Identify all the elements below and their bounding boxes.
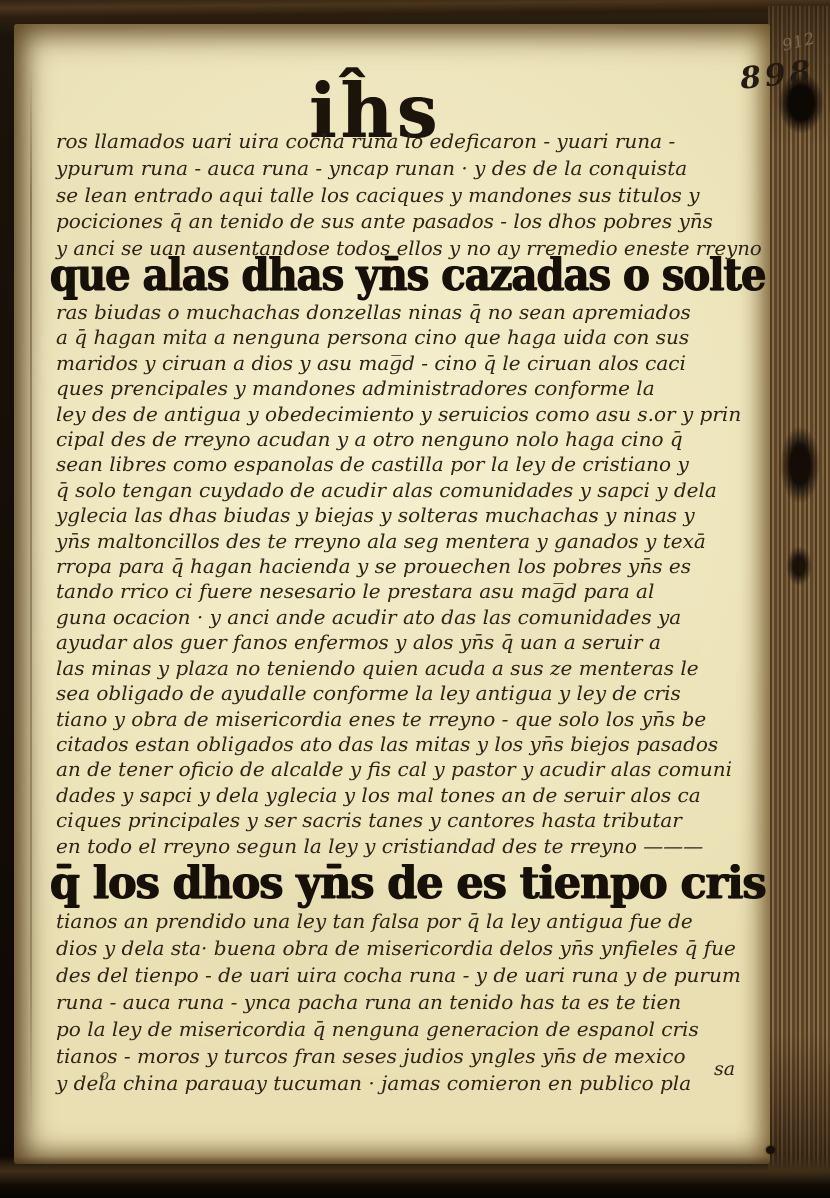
book-bottom-edge <box>0 1156 830 1198</box>
ink-stain <box>780 426 820 504</box>
section-heading-1: que alas dhas yn̄s cazadas o solte <box>50 248 766 301</box>
manuscript-text-line: sean libres como espanolas de castilla p… <box>56 452 762 477</box>
manuscript-text-line: q̄ solo tengan cuydado de acudir alas co… <box>56 478 762 503</box>
manuscript-text-line: sea obligado de ayudalle conforme la ley… <box>56 681 762 706</box>
manuscript-text-line: a q̄ hagan mita a nenguna persona cino q… <box>56 325 762 350</box>
scribble-mark: o <box>100 1066 111 1084</box>
section-heading-2-text: q̄ los dhos yn̄s de es tienpo cris <box>50 856 766 909</box>
manuscript-text-line: tiano y obra de misericordia enes te rre… <box>56 707 762 732</box>
catchword: sa <box>714 1058 735 1080</box>
manuscript-text-line: las minas y plaza no teniendo quien acud… <box>56 656 762 681</box>
manuscript-text-line: yglecia las dhas biudas y biejas y solte… <box>56 503 762 528</box>
manuscript-text-line: ypurum runa - auca runa - yncap runan · … <box>56 155 762 182</box>
manuscript-text-line: ley des de antigua y obedecimiento y ser… <box>56 402 762 427</box>
section-heading-1-text: que alas dhas yn̄s cazadas o solte <box>50 248 766 301</box>
manuscript-text-line: maridos y ciruan a dios y asu mag̅d - ci… <box>56 351 762 376</box>
manuscript-text-line: tando rrico ci fuere nesesario le presta… <box>56 579 762 604</box>
manuscript-text-line: po la ley de misericordia q̄ nenguna gen… <box>56 1016 762 1043</box>
manuscript-text-line: guna ocacion · y anci ande acudir ato da… <box>56 605 762 630</box>
manuscript-page: 912 898 iĥs ros llamados uari uira cocha… <box>14 24 770 1164</box>
manuscript-text-line: rropa para q̄ hagan hacienda y se prouec… <box>56 554 762 579</box>
manuscript-text-line: dios y dela sta· buena obra de misericor… <box>56 935 762 962</box>
manuscript-text-line: ciques principales y ser sacris tanes y … <box>56 808 762 833</box>
manuscript-text-line: pociciones q̄ an tenido de sus ante pasa… <box>56 208 762 235</box>
manuscript-text-line: runa - auca runa - ynca pacha runa an te… <box>56 989 762 1016</box>
manuscript-text-line: ques prencipales y mandones administrado… <box>56 376 762 401</box>
manuscript-text-line: y dela china parauay tucuman · jamas com… <box>56 1070 762 1097</box>
manuscript-text-line: yn̄s maltoncillos des te rreyno ala seg … <box>56 529 762 554</box>
book-fore-edge <box>768 6 830 1174</box>
manuscript-text-line: tianos - moros y turcos fran seses judio… <box>56 1043 762 1070</box>
manuscript-text-line: se lean entrado aqui talle los caciques … <box>56 182 762 209</box>
section-1-text: ras biudas o muchachas donzellas ninas q… <box>56 300 762 859</box>
opening-paragraph: ros llamados uari uira cocha runa lo ede… <box>56 128 762 262</box>
book-top-edge <box>0 0 830 26</box>
section-2-text: tianos an prendido una ley tan falsa por… <box>56 908 762 1097</box>
ink-stain <box>786 546 812 586</box>
manuscript-text-line: tianos an prendido una ley tan falsa por… <box>56 908 762 935</box>
manuscript-text-line: cipal des de rreyno acudan y a otro neng… <box>56 427 762 452</box>
section-heading-2: q̄ los dhos yn̄s de es tienpo cris <box>50 856 766 909</box>
manuscript-photo: 912 898 iĥs ros llamados uari uira cocha… <box>0 0 830 1198</box>
manuscript-text-line: des del tienpo - de uari uira cocha runa… <box>56 962 762 989</box>
wormhole-mark <box>766 1146 775 1154</box>
manuscript-text-line: dades y sapci y dela yglecia y los mal t… <box>56 783 762 808</box>
manuscript-text-line: ayudar alos guer fanos enfermos y alos y… <box>56 630 762 655</box>
manuscript-text-line: citados estan obligados ato das las mita… <box>56 732 762 757</box>
manuscript-text-line: ros llamados uari uira cocha runa lo ede… <box>56 128 762 155</box>
manuscript-text-line: ras biudas o muchachas donzellas ninas q… <box>56 300 762 325</box>
manuscript-text-line: an de tener oficio de alcalde y fis cal … <box>56 757 762 782</box>
